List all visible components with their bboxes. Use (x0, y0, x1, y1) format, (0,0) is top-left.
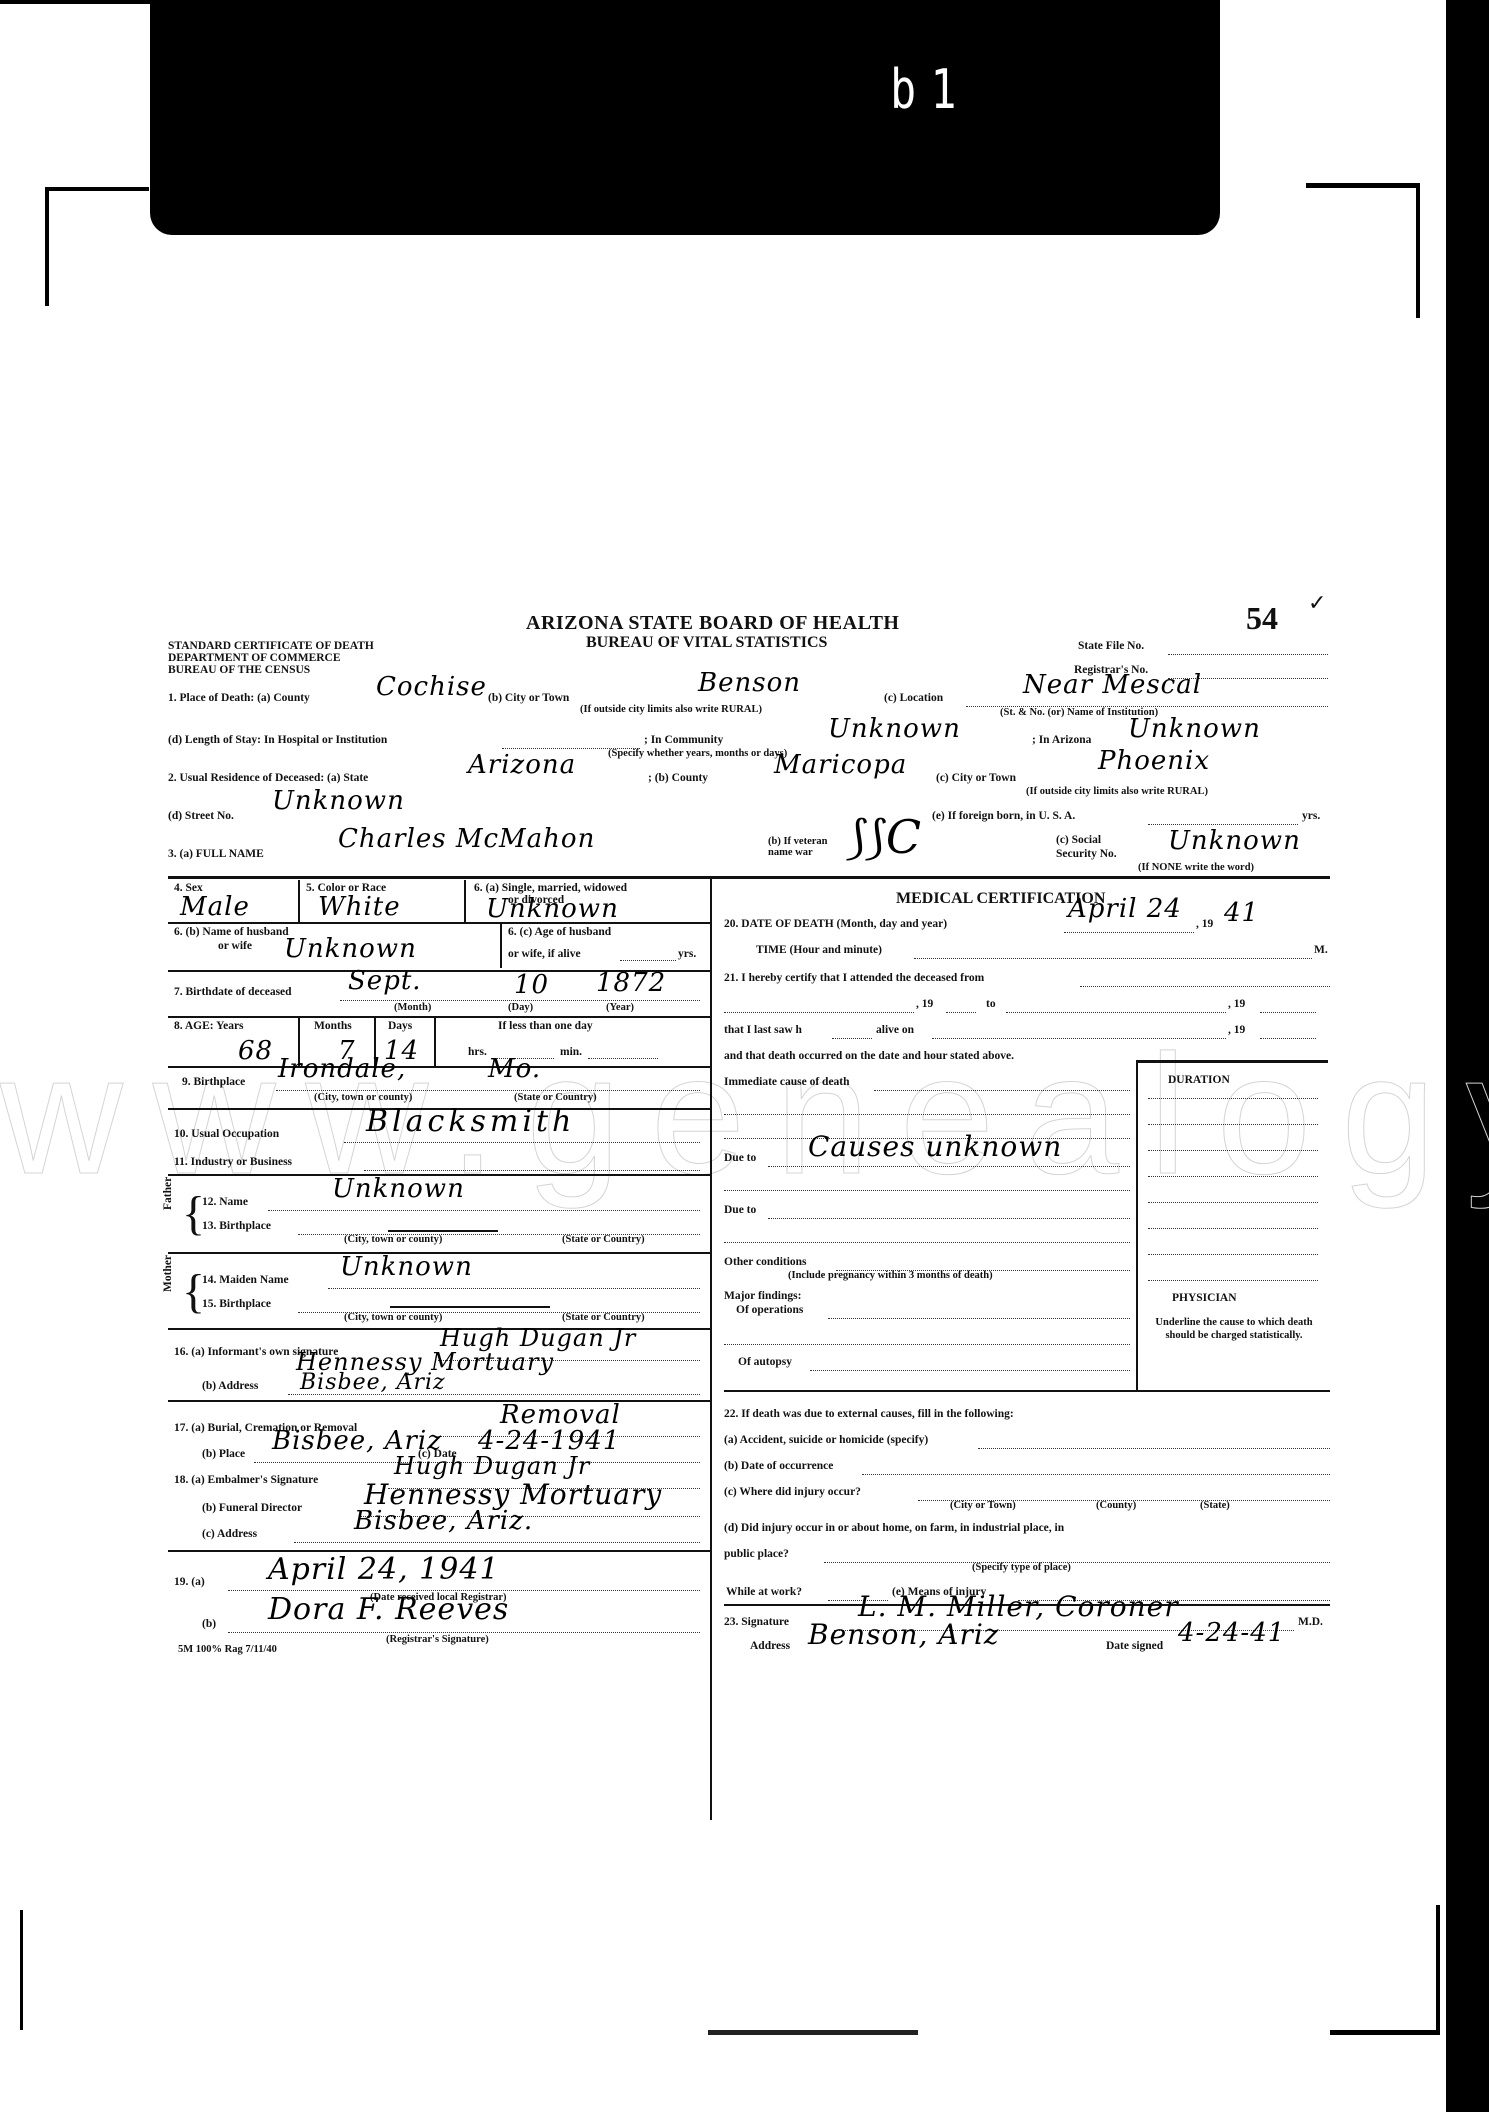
occupation-underline (344, 1142, 700, 1143)
corner-bracket-top-right (1306, 183, 1420, 318)
spouse-age-field[interactable] (620, 960, 676, 961)
min-label: min. (560, 1046, 582, 1058)
left-block-line-2: DEPARTMENT OF COMMERCE (168, 652, 374, 664)
due-to-1-line-2[interactable] (724, 1190, 1130, 1191)
certifier-signature-label: 23. Signature (724, 1616, 789, 1628)
date-signed-value[interactable]: 4-24-41 (1178, 1618, 1285, 1648)
due-to-1-label: Due to (724, 1152, 756, 1164)
cell-divider (298, 880, 300, 924)
mother-brace-icon: { (182, 1264, 205, 1319)
operations-label: Of operations (736, 1304, 803, 1316)
spouse-label-2: or wife (218, 940, 252, 952)
frame-number: b1 (890, 58, 971, 121)
marital-label: 6. (a) Single, married, widowed (474, 882, 627, 894)
pronoun-field[interactable] (832, 1038, 872, 1039)
to-label: to (986, 998, 996, 1010)
public-place-label: public place? (724, 1548, 789, 1560)
father-name-label: 12. Name (202, 1196, 248, 1208)
day-note: (Day) (508, 1002, 533, 1013)
registrar-b-label: (b) (202, 1618, 216, 1630)
time-of-death-field[interactable] (914, 958, 1312, 959)
age-years-value[interactable]: 68 (238, 1036, 273, 1066)
duration-field-8[interactable] (1148, 1280, 1318, 1281)
ss-label-1: (c) Social (1056, 834, 1101, 846)
mother-birthplace-dash (390, 1306, 550, 1308)
foreign-born-field[interactable] (1148, 824, 1298, 825)
occurrence-date-label: (b) Date of occurrence (724, 1460, 833, 1472)
mother-side-label: Mother (162, 1255, 174, 1292)
from-year-field[interactable] (946, 1012, 976, 1013)
director-address-value[interactable]: Bisbee, Ariz. (354, 1506, 533, 1536)
autopsy-field[interactable] (810, 1370, 1130, 1371)
state-file-no-label: State File No. (1078, 640, 1144, 652)
arizona-label: ; In Arizona (1032, 734, 1091, 746)
father-birthplace-label: 13. Birthplace (202, 1220, 271, 1232)
duration-field-2[interactable] (1148, 1124, 1318, 1125)
mother-name-value[interactable]: Unknown (340, 1252, 473, 1282)
attended-from-field[interactable] (1080, 986, 1330, 987)
stated-above-label: and that death occurred on the date and … (724, 1050, 1014, 1062)
immediate-cause-label: Immediate cause of death (724, 1076, 850, 1088)
certifier-address[interactable]: Benson, Ariz (808, 1618, 1000, 1651)
injury-county-note: (County) (1096, 1500, 1136, 1511)
to-year: , 19 (1228, 998, 1245, 1010)
left-block-line-1: STANDARD CERTIFICATE OF DEATH (168, 640, 374, 652)
mother-state-note: (State or Country) (562, 1312, 645, 1323)
birth-month-value[interactable]: Sept. (348, 966, 422, 996)
autopsy-label: Of autopsy (738, 1356, 792, 1368)
street-label: (d) Street No. (168, 810, 234, 822)
industry-field[interactable] (364, 1170, 700, 1171)
full-name-value[interactable]: Charles McMahon (338, 824, 595, 854)
alive-year: , 19 (1228, 1024, 1245, 1036)
age-years-label: 8. AGE: Years (174, 1020, 244, 1032)
location-label: (c) Location (884, 692, 943, 704)
operations-line-2[interactable] (724, 1344, 1130, 1345)
date-received-underline (228, 1590, 700, 1591)
corner-bracket-bottom-right (1330, 1905, 1440, 2035)
injury-where-label: (c) Where did injury occur? (724, 1486, 861, 1498)
alive-on-field[interactable] (932, 1038, 1226, 1039)
accident-field[interactable] (978, 1448, 1330, 1449)
scan-right-edge (1446, 0, 1489, 2112)
birthdate-label: 7. Birthdate of deceased (174, 986, 292, 998)
attended-label: 21. I hereby certify that I attended the… (724, 972, 984, 984)
standard-certificate-block: STANDARD CERTIFICATE OF DEATH DEPARTMENT… (168, 640, 374, 676)
registrar-a-label: 19. (a) (174, 1576, 205, 1588)
foreign-born-label: (e) If foreign born, in U. S. A. (932, 810, 1075, 822)
row-divider (168, 1016, 710, 1018)
arizona-value[interactable]: Unknown (1128, 714, 1261, 744)
major-findings-label: Major findings: (724, 1290, 801, 1302)
date-received-value[interactable]: April 24, 1941 (268, 1552, 500, 1587)
ss-note: (If NONE write the word) (1138, 862, 1254, 873)
ss-value[interactable]: Unknown (1168, 826, 1301, 856)
informant-address-label: (b) Address (202, 1380, 258, 1392)
corner-bracket-top-left (45, 187, 149, 306)
length-of-stay-label: (d) Length of Stay: In Hospital or Insti… (168, 734, 387, 746)
at-work-label: While at work? (726, 1586, 802, 1598)
attended-from-date[interactable] (724, 1012, 914, 1013)
occupation-label: 10. Usual Occupation (174, 1128, 279, 1140)
registrar-signature[interactable]: Dora F. Reeves (268, 1592, 509, 1627)
last-saw-label: that I last saw h (724, 1024, 802, 1036)
spouse-age-label: 6. (c) Age of husband (508, 926, 611, 938)
residence-state-value[interactable]: Arizona (468, 750, 576, 780)
race-value[interactable]: White (318, 892, 401, 922)
father-state-note: (State or Country) (562, 1234, 645, 1245)
operations-field[interactable] (828, 1318, 1130, 1319)
other-conditions-note: (Include pregnancy within 3 months of de… (788, 1270, 993, 1281)
burial-place-label: (b) Place (202, 1448, 245, 1460)
due-to-1-underline (768, 1166, 1130, 1167)
embalmer-signature[interactable]: Hugh Dugan Jr (394, 1452, 590, 1480)
due-to-1-value[interactable]: Causes unknown (808, 1130, 1062, 1163)
father-city-note: (City, town or county) (344, 1234, 442, 1245)
community-label: ; In Community (644, 734, 723, 746)
marital-value[interactable]: Unknown (486, 894, 619, 924)
scan-edge-artifact (0, 0, 150, 4)
city-value[interactable]: Benson (698, 668, 801, 698)
industry-label: 11. Industry or Business (174, 1156, 292, 1168)
alive-on-label: alive on (876, 1024, 914, 1036)
date-of-death-value[interactable]: April 24 (1068, 894, 1182, 924)
hrs-label: hrs. (468, 1046, 487, 1058)
community-value[interactable]: Unknown (828, 714, 961, 744)
accident-label: (a) Accident, suicide or homicide (speci… (724, 1434, 928, 1446)
spouse-label: 6. (b) Name of husband (174, 926, 289, 938)
duration-field-3[interactable] (1148, 1150, 1318, 1151)
father-brace-icon: { (182, 1186, 205, 1241)
spouse-age-label-2: or wife, if alive (508, 948, 581, 960)
row-divider (168, 1066, 710, 1068)
certifier-address-label: Address (750, 1640, 790, 1652)
attended-to-field[interactable] (1006, 1012, 1226, 1013)
row-divider (168, 922, 710, 924)
residence-city-note: (If outside city limits also write RURAL… (1026, 786, 1208, 797)
check-mark-icon: ✓ (1308, 590, 1326, 616)
informant-address-line2[interactable]: Bisbee, Ariz (300, 1370, 446, 1395)
spouse-value[interactable]: Unknown (284, 934, 417, 964)
min-field[interactable] (588, 1058, 658, 1059)
time-of-death-label: TIME (Hour and minute) (756, 944, 882, 956)
column-divider (710, 878, 712, 1820)
city-note: (If outside city limits also write RURAL… (580, 704, 762, 715)
birth-day-value[interactable]: 10 (514, 970, 549, 1000)
form-code: 5M 100% Rag 7/11/40 (178, 1644, 277, 1655)
film-header-mask: b1 (150, 0, 1220, 235)
alive-year-field[interactable] (1260, 1038, 1316, 1039)
board-title: ARIZONA STATE BOARD OF HEALTH (526, 612, 899, 635)
spouse-age-suffix: yrs. (678, 948, 696, 960)
informant-address-underline (288, 1394, 700, 1395)
bureau-subtitle: BUREAU OF VITAL STATISTICS (586, 634, 827, 652)
file-number-stamp: 54 (1246, 600, 1278, 637)
injury-place-label: (d) Did injury occur in or about home, o… (724, 1522, 1064, 1534)
injury-state-note: (State) (1200, 1500, 1230, 1511)
foreign-born-suffix: yrs. (1302, 810, 1320, 822)
sex-value[interactable]: Male (180, 892, 250, 922)
birthplace-label: 9. Birthplace (182, 1076, 245, 1088)
duration-field-4[interactable] (1148, 1176, 1318, 1177)
occurrence-date-field[interactable] (862, 1474, 1330, 1475)
mother-name-label: 14. Maiden Name (202, 1274, 289, 1286)
date-signed-label: Date signed (1106, 1640, 1163, 1652)
death-year-value[interactable]: 41 (1224, 898, 1259, 928)
mother-name-underline (328, 1288, 700, 1289)
corner-bracket-bottom-left (20, 1910, 33, 2030)
mother-birthplace-label: 15. Birthplace (202, 1298, 271, 1310)
registrar-sig-note: (Registrar's Signature) (386, 1634, 489, 1645)
occupation-value[interactable]: Blacksmith (366, 1104, 575, 1139)
father-name-value[interactable]: Unknown (332, 1174, 465, 1204)
to-year-field[interactable] (1260, 1012, 1316, 1013)
due-to-2-field[interactable] (768, 1218, 1130, 1219)
ss-label-2: Security No. (1056, 848, 1117, 860)
director-address-underline (294, 1542, 700, 1543)
residence-city-value[interactable]: Phoenix (1098, 746, 1210, 776)
injury-city-note: (City or Town) (950, 1500, 1016, 1511)
duration-box-top (1136, 1060, 1328, 1063)
age-days-label: Days (388, 1020, 412, 1032)
veteran-label: (b) If veteran name war (768, 836, 848, 858)
time-suffix: M. (1314, 944, 1328, 956)
state-file-no-field[interactable] (1168, 654, 1328, 655)
physician-note: Underline the cause to which death shoul… (1144, 1316, 1324, 1342)
residence-county-label: ; (b) County (648, 772, 708, 784)
date-of-death-label: 20. DATE OF DEATH (Month, day and year) (724, 918, 947, 930)
less-than-day-label: If less than one day (498, 1020, 593, 1032)
birthplace-city-note: (City, town or county) (314, 1092, 412, 1103)
month-note: (Month) (394, 1002, 431, 1013)
cell-divider (434, 1018, 436, 1066)
birthplace-underline (276, 1090, 700, 1091)
mother-city-note: (City, town or county) (344, 1312, 442, 1323)
funeral-director-label: (b) Funeral Director (202, 1502, 302, 1514)
year-note: (Year) (606, 1002, 634, 1013)
physician-title: PHYSICIAN (1172, 1292, 1237, 1304)
death-year-prefix: , 19 (1196, 918, 1213, 930)
father-birthplace-dash (388, 1230, 498, 1232)
place-type-note: (Specify type of place) (972, 1562, 1071, 1573)
embalmer-label: 18. (a) Embalmer's Signature (174, 1474, 318, 1486)
row-divider (168, 1400, 710, 1402)
county-value[interactable]: Cochise (376, 672, 487, 702)
father-name-underline (268, 1210, 700, 1211)
md-suffix: M.D. (1298, 1616, 1323, 1628)
cell-divider (500, 924, 502, 968)
immediate-cause-field[interactable] (874, 1090, 1130, 1091)
date-of-death-underline (1064, 932, 1194, 933)
stamp-initials: ⟆⟆C (848, 810, 922, 864)
birthplace-city-value[interactable]: Irondale, (278, 1054, 406, 1084)
father-side-label: Father (162, 1177, 174, 1210)
residence-city-label: (c) City or Town (936, 772, 1016, 784)
other-conditions-label: Other conditions (724, 1256, 807, 1268)
residence-label: 2. Usual Residence of Deceased: (a) Stat… (168, 772, 368, 784)
director-address-label: (c) Address (202, 1528, 257, 1540)
birthplace-state-note: (State or Country) (514, 1092, 597, 1103)
age-months-label: Months (314, 1020, 352, 1032)
duration-field-1[interactable] (1148, 1098, 1318, 1099)
from-year: , 19 (916, 998, 933, 1010)
birthplace-state-value[interactable]: Mo. (488, 1054, 541, 1084)
scan-bottom-mark (708, 2030, 918, 2035)
full-name-label: 3. (a) FULL NAME (168, 848, 264, 860)
section-divider (724, 1390, 1330, 1392)
section-divider (168, 876, 1330, 879)
due-to-2-label: Due to (724, 1204, 756, 1216)
duration-field-6[interactable] (1148, 1228, 1318, 1229)
public-place-field[interactable] (824, 1562, 1330, 1563)
duration-field-7[interactable] (1148, 1254, 1318, 1255)
place-of-death-label: 1. Place of Death: (a) County (168, 692, 310, 704)
street-value[interactable]: Unknown (272, 786, 405, 816)
length-note: (Specify whether years, months or days) (608, 748, 787, 759)
duration-title: DURATION (1168, 1074, 1230, 1086)
registrar-signature-underline (228, 1632, 700, 1633)
due-to-2-line-2[interactable] (724, 1242, 1130, 1243)
immediate-cause-line-2[interactable] (724, 1114, 1130, 1115)
city-label: (b) City or Town (488, 692, 569, 704)
birthdate-underline (340, 1000, 700, 1001)
external-causes-label: 22. If death was due to external causes,… (724, 1408, 1014, 1420)
location-value[interactable]: Near Mescal (1023, 670, 1202, 700)
residence-county-value[interactable]: Maricopa (774, 750, 907, 780)
left-block-line-3: BUREAU OF THE CENSUS (168, 664, 374, 676)
cell-divider (464, 880, 466, 924)
birth-year-value[interactable]: 1872 (596, 968, 666, 998)
duration-box-border (1136, 1060, 1138, 1390)
duration-field-5[interactable] (1148, 1202, 1318, 1203)
